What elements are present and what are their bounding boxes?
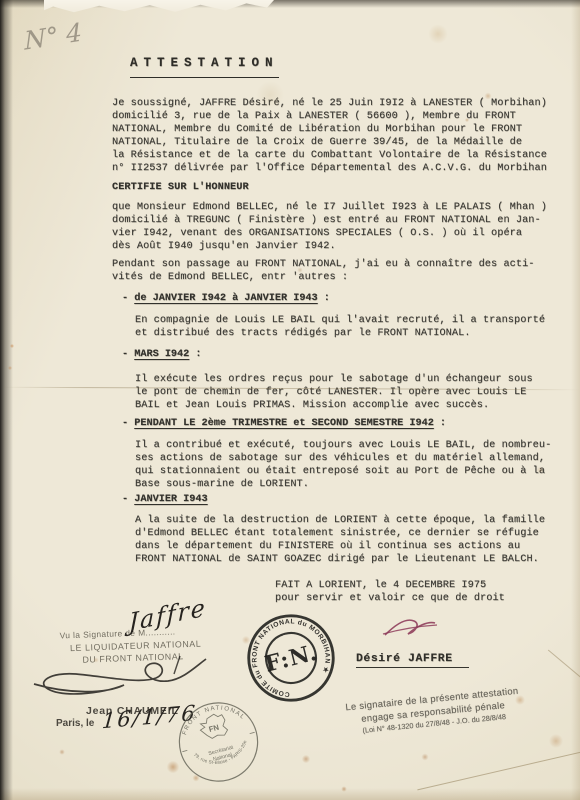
section-body: Il exécute les ordres reçus pour le sabo…	[135, 373, 580, 412]
jaffre-signature-purple	[381, 613, 439, 641]
section-body: A la suite de la destruction de LORIENT …	[135, 514, 580, 566]
section-label: JANVIER I943	[134, 494, 207, 505]
section-label: PENDANT LE 2ème TRIMESTRE et SECOND SEME…	[134, 418, 434, 429]
paris-stamp-map-label: FN	[208, 723, 220, 734]
section-heading: - MARS I942 :	[122, 348, 202, 361]
pencil-corner-note: N° 4	[24, 17, 83, 55]
bullet: -	[122, 418, 128, 429]
section-label: MARS I942	[134, 349, 189, 360]
certify-heading: CERTIFIE SUR L'HONNEUR	[112, 181, 249, 194]
certify-body: que Monsieur Edmond BELLEC, né le I7 Jui…	[112, 201, 574, 253]
paris-date-label: Paris, le	[56, 718, 94, 729]
document-title: ATTESTATION	[130, 56, 279, 78]
section-body: En compagnie de Louis LE BAIL qui l'avai…	[135, 314, 580, 340]
context-paragraph: Pendant son passage au FRONT NATIONAL, j…	[112, 258, 574, 284]
right-edge-crease	[548, 650, 580, 696]
legal-responsibility-stamp: Le signataire de la présente attestation…	[332, 683, 535, 739]
section-suffix: :	[318, 293, 330, 304]
bullet: -	[122, 349, 128, 360]
section-heading: - JANVIER I943	[122, 493, 208, 506]
section-suffix: :	[189, 349, 201, 360]
section-body: Il a contribué et exécuté, toujours avec…	[135, 439, 580, 491]
bottom-right-crease	[417, 747, 580, 791]
scanned-attestation-page: N° 4 ATTESTATION Je soussigné, JAFFRE Dé…	[0, 0, 580, 800]
desire-jaffre-name: Désiré JAFFRE	[356, 653, 469, 668]
section-heading: - de JANVIER I942 à JANVIER I943 :	[122, 292, 330, 305]
bullet: -	[122, 494, 128, 505]
intro-paragraph: Je soussigné, JAFFRE Désiré, né le 25 Ju…	[112, 97, 574, 176]
section-label: de JANVIER I942 à JANVIER I943	[134, 293, 317, 304]
section-suffix: :	[434, 418, 446, 429]
section-heading: - PENDANT LE 2ème TRIMESTRE et SECOND SE…	[122, 417, 446, 430]
bullet: -	[122, 293, 128, 304]
chaumeil-signature-scrawl	[28, 652, 218, 700]
torn-paper-edge	[44, 0, 274, 17]
closing-statement: FAIT A LORIENT, le 4 DECEMBRE I975 pour …	[275, 579, 505, 605]
